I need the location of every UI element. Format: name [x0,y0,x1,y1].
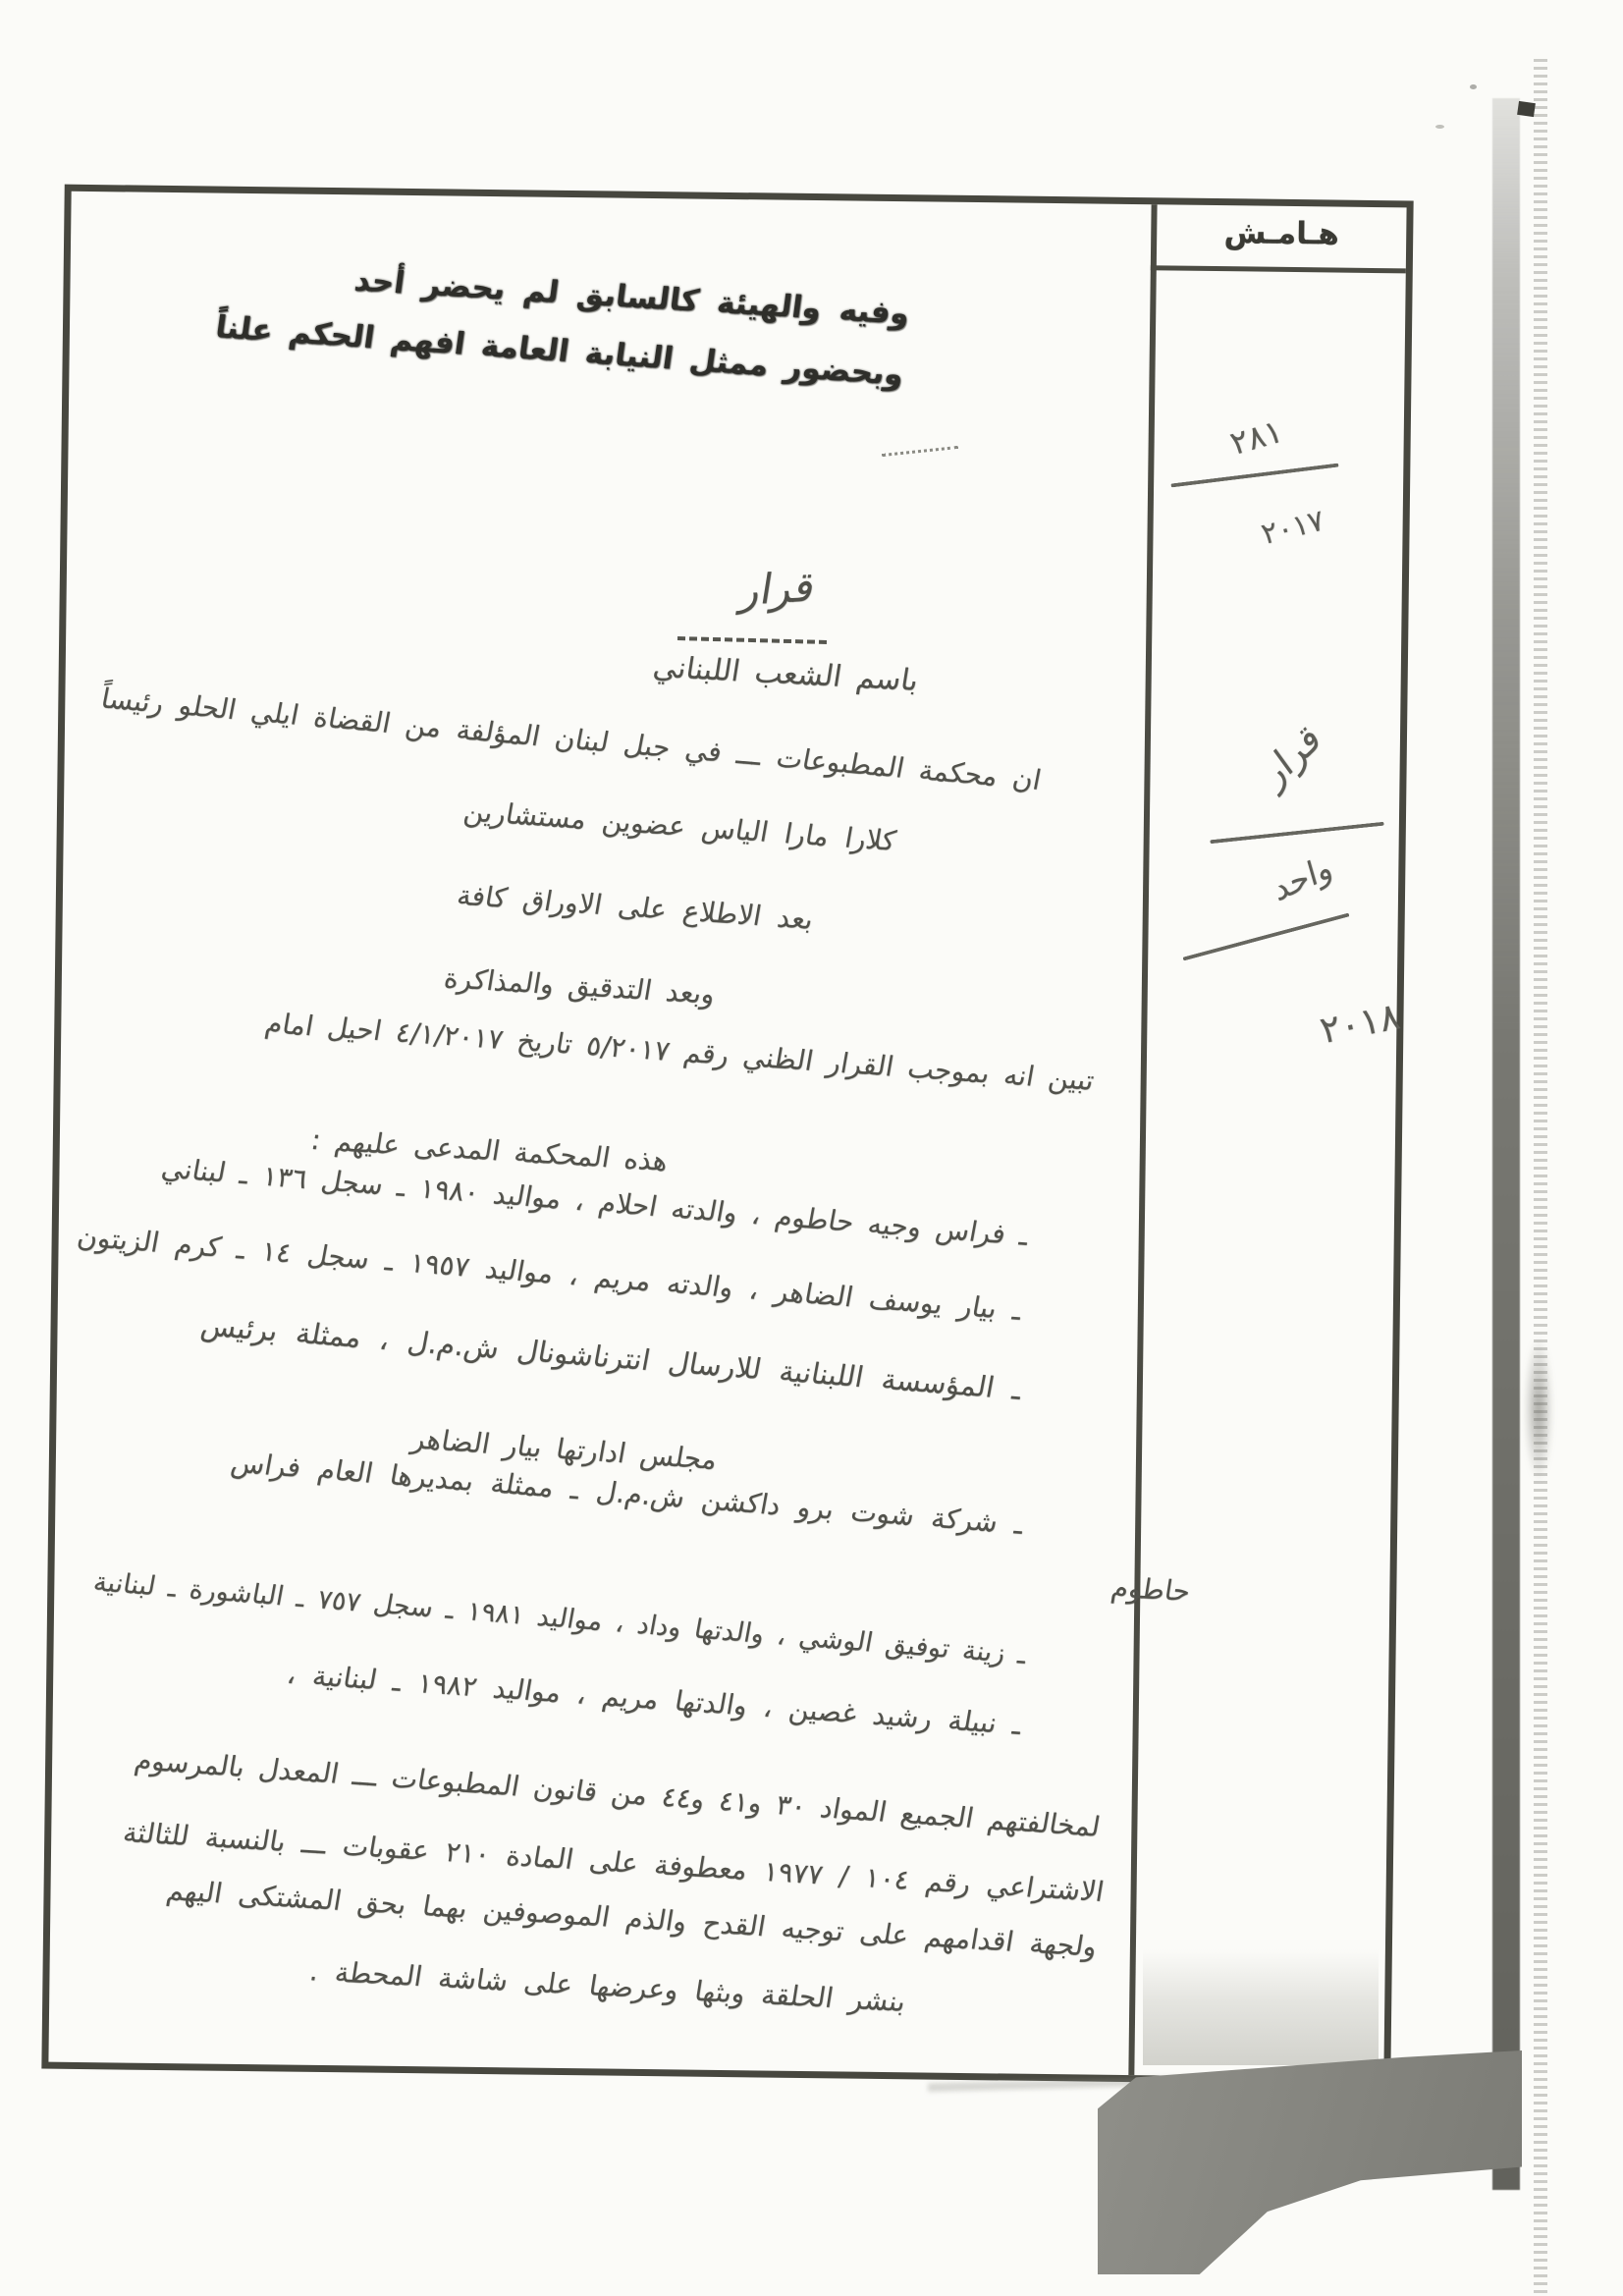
page-edge-speckle-line [1534,59,1547,2296]
margin-divider-line [1128,204,1157,2075]
top-right-speck-2 [1435,125,1444,129]
decision-title: قرار [683,562,819,617]
top-right-ink-mark [1517,101,1536,117]
top-right-speck-1 [1470,84,1477,89]
edge-speckle-blob [1524,1336,1553,1483]
defendant-item-4-continuation: حاطوم [1058,1568,1193,1608]
bottom-right-corner-shadow [1098,2050,1522,2274]
scanned-court-document: { "doc": { "stamp": { "line1": "وفيه وال… [0,0,1623,2296]
margin-header: هـامـش [1157,214,1406,252]
page-edge-band [1492,98,1520,2190]
margin-header-underline [1151,265,1406,273]
